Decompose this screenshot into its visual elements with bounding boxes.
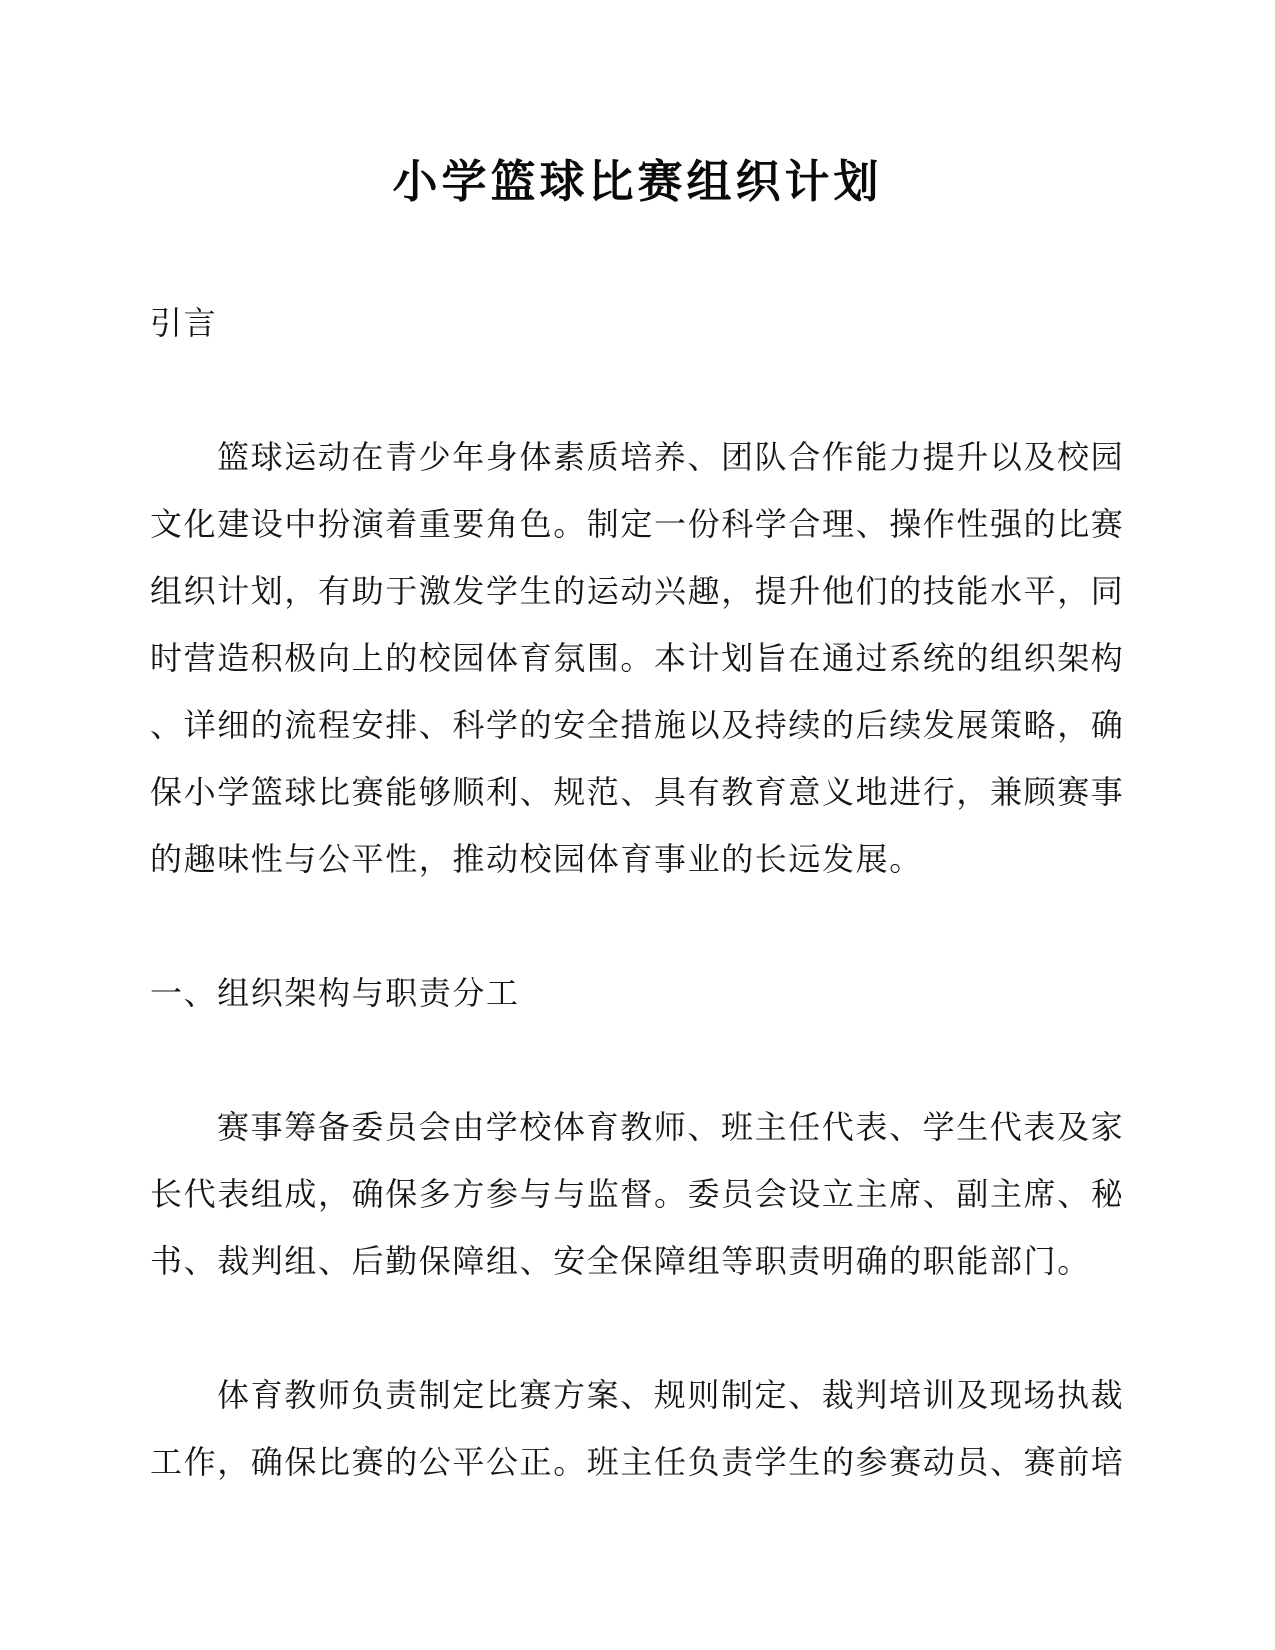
text-line: 体育教师负责制定比赛方案、规则制定、裁判培训及现场执裁 [150, 1362, 1125, 1429]
section-heading-intro: 引言 [150, 290, 1125, 357]
text-line: 、详细的流程安排、科学的安全措施以及持续的后续发展策略，确 [150, 692, 1125, 759]
text-line: 工作，确保比赛的公平公正。班主任负责学生的参赛动员、赛前培 [150, 1429, 1125, 1496]
text-line: 书、裁判组、后勤保障组、安全保障组等职责明确的职能部门。 [150, 1228, 1125, 1295]
intro-paragraph: 篮球运动在青少年身体素质培养、团队合作能力提升以及校园 文化建设中扮演着重要角色… [150, 424, 1125, 893]
text-line: 的趣味性与公平性，推动校园体育事业的长远发展。 [150, 826, 1125, 893]
text-line: 时营造积极向上的校园体育氛围。本计划旨在通过系统的组织架构 [150, 625, 1125, 692]
text-line: 赛事筹备委员会由学校体育教师、班主任代表、学生代表及家 [150, 1094, 1125, 1161]
section-heading-organization: 一、组织架构与职责分工 [150, 960, 1125, 1027]
committee-paragraph: 赛事筹备委员会由学校体育教师、班主任代表、学生代表及家 长代表组成，确保多方参与… [150, 1094, 1125, 1295]
text-line: 文化建设中扮演着重要角色。制定一份科学合理、操作性强的比赛 [150, 491, 1125, 558]
document-page: 小学篮球比赛组织计划 引言 篮球运动在青少年身体素质培养、团队合作能力提升以及校… [0, 0, 1275, 1650]
text-line: 长代表组成，确保多方参与与监督。委员会设立主席、副主席、秘 [150, 1161, 1125, 1228]
text-line: 保小学篮球比赛能够顺利、规范、具有教育意义地进行，兼顾赛事 [150, 759, 1125, 826]
document-title: 小学篮球比赛组织计划 [150, 148, 1125, 215]
text-line: 组织计划，有助于激发学生的运动兴趣，提升他们的技能水平，同 [150, 558, 1125, 625]
text-line: 篮球运动在青少年身体素质培养、团队合作能力提升以及校园 [150, 424, 1125, 491]
duties-paragraph: 体育教师负责制定比赛方案、规则制定、裁判培训及现场执裁 工作，确保比赛的公平公正… [150, 1362, 1125, 1496]
